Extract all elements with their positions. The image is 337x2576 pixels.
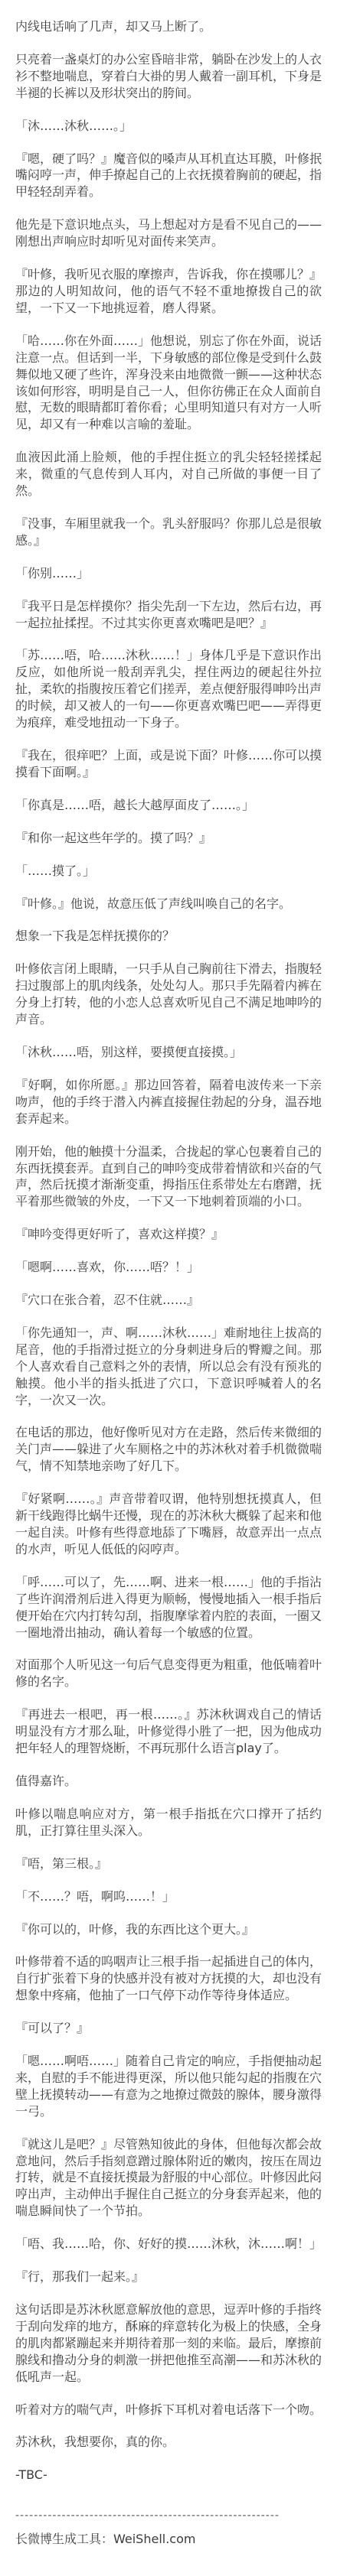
story-paragraph: 『和你一起这些年学的。摸了吗？』 — [15, 830, 322, 847]
story-paragraph: 『好啊，如你所愿。』那边回答着，隔着电波传来一下亲吻声，他的手终于潜入内裤直接握… — [15, 1077, 322, 1127]
story-paragraph: 『再进去一根吧，再一根……。』苏沐秋调戏自己的情话明显没有方才那么耻，叶修觉得小… — [15, 1706, 322, 1757]
footer-divider: ----------------------------------------… — [15, 2509, 322, 2522]
story-paragraph: 「沐秋……唔，别这样，要摸便直接摸。」 — [15, 1044, 322, 1061]
story-paragraph: 「沐……沐秋……。」 — [15, 118, 322, 135]
story-paragraph: 「你先通知一，声、啊……沐秋……」难耐地往上拔高的尾音，他的手指滑过挺立的分身刺… — [15, 1325, 322, 1409]
story-paragraph: 「嗯……啊唔……」随着自己肯定的响应，手指便抽动起来，自慰的手不能进得更深，所以… — [15, 2053, 322, 2120]
story-paragraph: 『就这儿是吧？』尽管熟知彼此的身体，但他每次都会故意地问，然后手指刻意蹭过腺体附… — [15, 2136, 322, 2220]
story-paragraph: 听着对方的喘气声，叶修拆下耳机对着电话落下一个吻。 — [15, 2402, 322, 2418]
story-paragraph: 叶修以喘息响应对方，第一根手指抵在穴口撑开了括约肌，正打算往里头深入。 — [15, 1806, 322, 1839]
story-paragraph: 『叶修。』他说，故意压低了声线叫唤自己的名字。 — [15, 896, 322, 912]
story-paragraph: 想象一下我是怎样抚摸你的？ — [15, 928, 322, 945]
story-paragraph: 『我在，很痒吧？上面，或是说下面？叶修……你可以摸摸看下面啊。』 — [15, 747, 322, 781]
story-paragraph: 『穴口在张合着，忍不住就……』 — [15, 1292, 322, 1309]
story-paragraph: 『你可以的，叶修，我的东西比这个更大。』 — [15, 1921, 322, 1938]
story-paragraph: 「哈……你在外面……」他想说，别忘了你在外面，说话注意一点。但话到一半，下身敏感… — [15, 333, 322, 433]
story-paragraph: 内线电话响了几声，却又马上断了。 — [15, 18, 322, 35]
story-paragraph: -TBC- — [15, 2467, 322, 2483]
generator-credit: 长微博生成工具：WeiShell.com — [15, 2530, 322, 2548]
story-paragraph: 「唔、我……哈，你、好好的摸……沐秋，沐……啊！」 — [15, 2236, 322, 2252]
story-paragraph: 『叶修，我听见衣服的摩擦声，告诉我，你在摸哪儿？』那边的人明知故问，他的语气不轻… — [15, 266, 322, 317]
story-paragraph: 这句话即是苏沐秋愿意解放他的意思，逗弄叶修的手指终于刮向发痒的地方，酥麻的痒意转… — [15, 2301, 322, 2386]
story-paragraph: 苏沐秋，我想要你，真的你。 — [15, 2434, 322, 2451]
story-paragraph: 在电话的那边，他好像听见对方在走路，然后传来微细的关门声——躲进了火车厕格之中的… — [15, 1424, 322, 1475]
story-paragraph: 『好紧啊……。』声音带着叹谓，他特别想抚摸真人，但新干线跑得比蜗牛还慢，现在的苏… — [15, 1491, 322, 1558]
story-paragraph: 「……摸了。」 — [15, 863, 322, 880]
story-paragraph: 『我平日是怎样摸你？指尖先刮一下左边，然后右边，再一起拉扯揉捏。不过其实你更喜欢… — [15, 598, 322, 632]
story-paragraph: 只亮着一盏桌灯的办公室昏暗非常，躺卧在沙发上的人衣衫不整地喘息，穿着白大褂的男人… — [15, 51, 322, 102]
story-paragraph: 血液因此涌上脸颊，他的手捏住挺立的乳尖轻轻搓揉起来，微重的气息传到人耳内，对自己… — [15, 449, 322, 499]
story-paragraph: 「你别……」 — [15, 565, 322, 582]
story-paragraph: 「苏……唔，哈……沐秋……！」身体几乎是下意识作出反应，如他所说一般刮弄乳尖，捏… — [15, 647, 322, 731]
story-paragraph: 对面那个人听见这一句后气息变得更为粗重，他低喃着叶修的名字。 — [15, 1657, 322, 1690]
story-paragraph: 「不……？唔，啊呜……！」 — [15, 1888, 322, 1905]
story-paragraph: 叶修依言闭上眼睛，一只手从自己胸前往下滑去，指腹轻扫过腹部上的肌肉线条，处处勾人… — [15, 961, 322, 1028]
story-paragraph: 『呻吟变得更好听了，喜欢这样摸？』 — [15, 1226, 322, 1243]
story-paragraph: 『嗯，硬了吗？』魔音似的嗓声从耳机直达耳膜，叶修抿嘴闷哼一声，伸手撩起自己的上衣… — [15, 151, 322, 201]
story-text: 内线电话响了几声，却又马上断了。只亮着一盏桌灯的办公室昏暗非常，躺卧在沙发上的人… — [15, 18, 322, 2483]
story-paragraph: 「嗯啊……喜欢，你……唔？！」 — [15, 1259, 322, 1276]
story-paragraph: 『没事，车厢里就我一个。乳头舒服吗？你那儿总是很敏感。』 — [15, 516, 322, 549]
story-paragraph: 『可以了？』 — [15, 2020, 322, 2037]
story-paragraph: 「你真是……唔，越长大越厚面皮了……。」 — [15, 797, 322, 814]
story-paragraph: 『唔，第三根。』 — [15, 1856, 322, 1872]
story-paragraph: 『行，那我们一起来。』 — [15, 2269, 322, 2285]
story-paragraph: 值得嘉许。 — [15, 1773, 322, 1790]
long-weibo-page: 内线电话响了几声，却又马上断了。只亮着一盏桌灯的办公室昏暗非常，躺卧在沙发上的人… — [0, 0, 337, 2576]
story-paragraph: 「呼……可以了，先……啊、进来一根……」他的手指沾了些许润滑剂后进入得更为顺畅，… — [15, 1574, 322, 1641]
page-footer: ----------------------------------------… — [15, 2509, 322, 2548]
story-paragraph: 他先是下意识地点头，马上想起对方是看不见自己的——刚想出声响应时却听见对面传来笑… — [15, 216, 322, 250]
story-paragraph: 刚开始，他的触摸十分温柔，合拢起的掌心包裹着自己的东西抚摸套弄。直到自己的呻吟变… — [15, 1143, 322, 1211]
story-paragraph: 叶修带着不适的呜咽声让三根手指一起插进自己的体内，自行扩张着下身的快感并没有被对… — [15, 1953, 322, 2004]
